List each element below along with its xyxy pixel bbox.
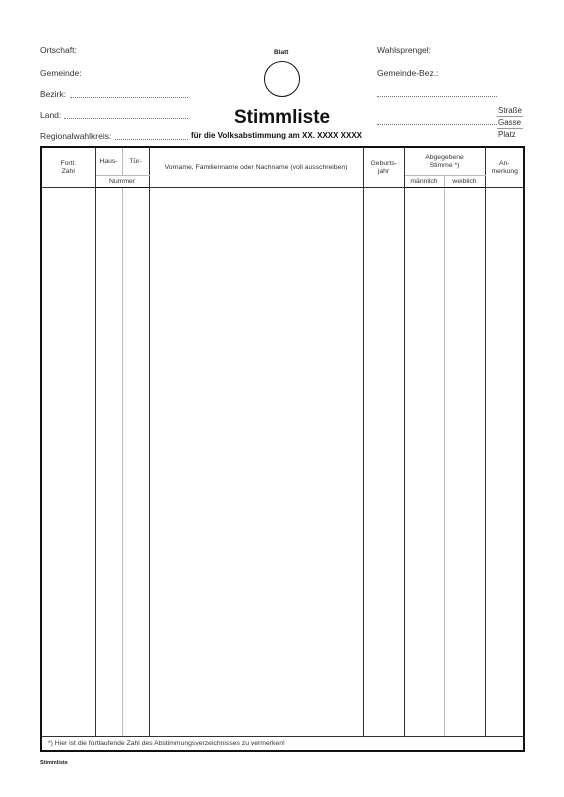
bezirk-label: Bezirk: [40,89,66,99]
header-row: Fortl. Zahl Haus- Tür- Vorname, Familien… [41,147,524,176]
col-maennlich: männlich [404,176,444,188]
cell-fortl-zahl[interactable] [41,188,95,737]
entry-area [41,188,524,737]
ortschaft-label: Ortschaft: [40,45,77,55]
wahlsprengel-label: Wahlsprengel: [377,45,431,55]
page-title: Stimmliste [234,107,330,129]
voter-list-table: Fortl. Zahl Haus- Tür- Vorname, Familien… [40,146,525,752]
gemeinde-bez-label: Gemeinde-Bez.: [377,68,438,78]
subtitle: für die Volksabstimmung am XX. XXXX XXXX [191,131,362,140]
gemeinde-label: Gemeinde: [40,68,82,78]
regionalwahlkreis-label: Regionalwahlkreis: [40,131,111,141]
col-geburtsjahr: Geburts-jahr [363,147,404,188]
blatt-number-circle[interactable] [264,61,300,97]
cell-geburtsjahr[interactable] [363,188,404,737]
col-nummer: Nummer [95,176,149,188]
col-fortl-zahl: Fortl. Zahl [41,147,95,188]
col-anmerkung: An-merkung [485,147,524,188]
footnote-row: *) Hier ist die fortlaufende Zahl des Ab… [41,737,524,752]
blatt-label: Blatt [274,49,288,56]
col-weiblich: weiblich [444,176,485,188]
land-label: Land: [40,110,61,120]
street-type-platz: Platz [498,130,516,139]
footnote: *) Hier ist die fortlaufende Zahl des Ab… [41,737,524,752]
address-line-2[interactable] [377,124,497,125]
col-name: Vorname, Familienname oder Nachname (vol… [149,147,363,188]
col-haus: Haus- [95,147,122,176]
cell-weiblich[interactable] [444,188,485,737]
col-tuer: Tür- [122,147,149,176]
divider [497,116,523,117]
bezirk-field[interactable] [70,97,188,98]
col-abgegebene-stimme: Abgegebene Stimme *) [404,147,485,176]
cell-tuer[interactable] [122,188,149,737]
divider [497,128,523,129]
cell-maennlich[interactable] [404,188,444,737]
footer-label: Stimmliste [40,760,68,766]
cell-haus[interactable] [95,188,122,737]
cell-anmerkung[interactable] [485,188,524,737]
regionalwahlkreis-field[interactable] [115,139,188,140]
street-type-strasse: Straße [498,106,522,115]
street-type-gasse: Gasse [498,118,521,127]
land-field[interactable] [64,118,188,119]
cell-name[interactable] [149,188,363,737]
address-line-1[interactable] [377,96,497,97]
